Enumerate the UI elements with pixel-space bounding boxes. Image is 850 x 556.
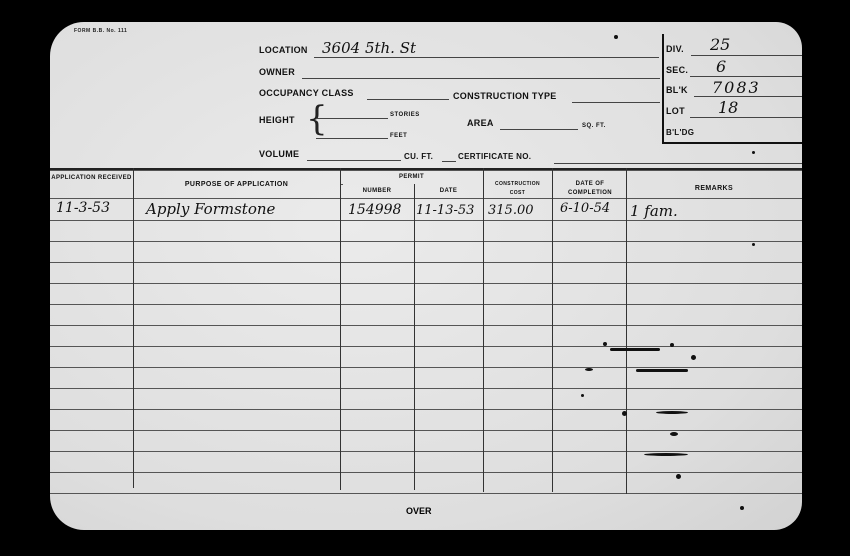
row-line <box>50 451 802 452</box>
div-value: 25 <box>710 35 730 54</box>
owner-line <box>302 78 660 79</box>
div-label: DIV. <box>666 44 684 54</box>
lot-line <box>690 117 802 118</box>
volume-line <box>307 160 401 161</box>
header-permit-date: DATE <box>414 187 483 196</box>
row-line <box>50 367 802 368</box>
row-line <box>50 262 802 263</box>
area-label: AREA <box>467 118 494 128</box>
cell-application-received: 11-3-53 <box>56 200 110 216</box>
construction-type-line <box>572 102 660 103</box>
col-divider <box>483 168 484 492</box>
row-line <box>50 220 802 221</box>
height-brace: { <box>306 102 328 136</box>
bldg-label: B'L'DG <box>666 128 694 137</box>
header-purpose: PURPOSE OF APPLICATION <box>133 180 340 189</box>
volume-unit: CU. FT. <box>404 152 433 161</box>
sec-value: 6 <box>716 57 726 76</box>
location-value: 3604 5th. St <box>322 39 416 57</box>
col-divider <box>552 168 553 492</box>
header-application-received: APPLICATION RECEIVED <box>50 174 133 183</box>
certificate-no-line <box>554 163 802 164</box>
blk-value: 7083 <box>712 78 761 97</box>
col-divider <box>414 184 415 490</box>
cell-permit-number: 154998 <box>348 202 401 218</box>
area-line <box>500 129 578 130</box>
header-construction-cost: CONSTRUCTION COST <box>490 180 545 198</box>
blk-label: BL'K <box>666 85 688 95</box>
location-label: LOCATION <box>259 45 308 55</box>
stories-line <box>316 118 388 119</box>
header-permit: PERMIT <box>340 173 483 182</box>
row-line <box>50 325 802 326</box>
table-top-border-inner <box>50 170 802 171</box>
height-label: HEIGHT <box>259 115 295 125</box>
header-date-of-completion: DATE OF COMPLETION <box>560 180 620 198</box>
sec-label: SEC. <box>666 65 688 75</box>
header-permit-number: NUMBER <box>340 187 414 196</box>
row-line <box>50 493 802 494</box>
row-line <box>50 388 802 389</box>
row-line <box>50 409 802 410</box>
cell-construction-cost: 315.00 <box>488 203 534 218</box>
cell-remarks: 1 fam. <box>630 202 678 220</box>
row-line <box>50 472 802 473</box>
col-divider <box>340 168 341 490</box>
occupancy-class-line <box>367 99 449 100</box>
lot-label: LOT <box>666 106 685 116</box>
row-line <box>50 241 802 242</box>
certificate-no-label: CERTIFICATE NO. <box>458 152 531 161</box>
stories-label: STORIES <box>390 112 420 118</box>
volume-unit-line <box>442 161 456 162</box>
feet-label: FEET <box>390 133 407 139</box>
div-line <box>691 55 802 56</box>
cell-date-of-completion: 6-10-54 <box>560 201 610 216</box>
cell-permit-date: 11-13-53 <box>416 203 474 218</box>
col-divider <box>626 168 627 494</box>
construction-type-label: CONSTRUCTION TYPE <box>453 91 557 101</box>
occupancy-class-label: OCCUPANCY CLASS <box>259 88 354 98</box>
row-line <box>50 304 802 305</box>
permit-history-table: APPLICATION RECEIVED PURPOSE OF APPLICAT… <box>50 168 802 508</box>
form-number: FORM B.B. No. 111 <box>74 28 127 34</box>
lot-value: 18 <box>718 98 738 117</box>
header-bottom-line <box>50 198 802 199</box>
row-line <box>50 346 802 347</box>
cell-purpose: Apply Formstone <box>146 200 275 218</box>
permit-record-card: FORM B.B. No. 111 LOCATION 3604 5th. St … <box>50 22 802 530</box>
row-line <box>50 283 802 284</box>
area-unit: SQ. FT. <box>582 123 606 129</box>
volume-label: VOLUME <box>259 149 299 159</box>
row-line <box>50 430 802 431</box>
owner-label: OWNER <box>259 67 295 77</box>
col-divider <box>133 168 134 488</box>
location-line <box>314 57 659 58</box>
header-remarks: REMARKS <box>626 184 802 193</box>
feet-line <box>316 138 388 139</box>
over-footer: OVER <box>406 506 432 516</box>
sec-line <box>690 76 802 77</box>
